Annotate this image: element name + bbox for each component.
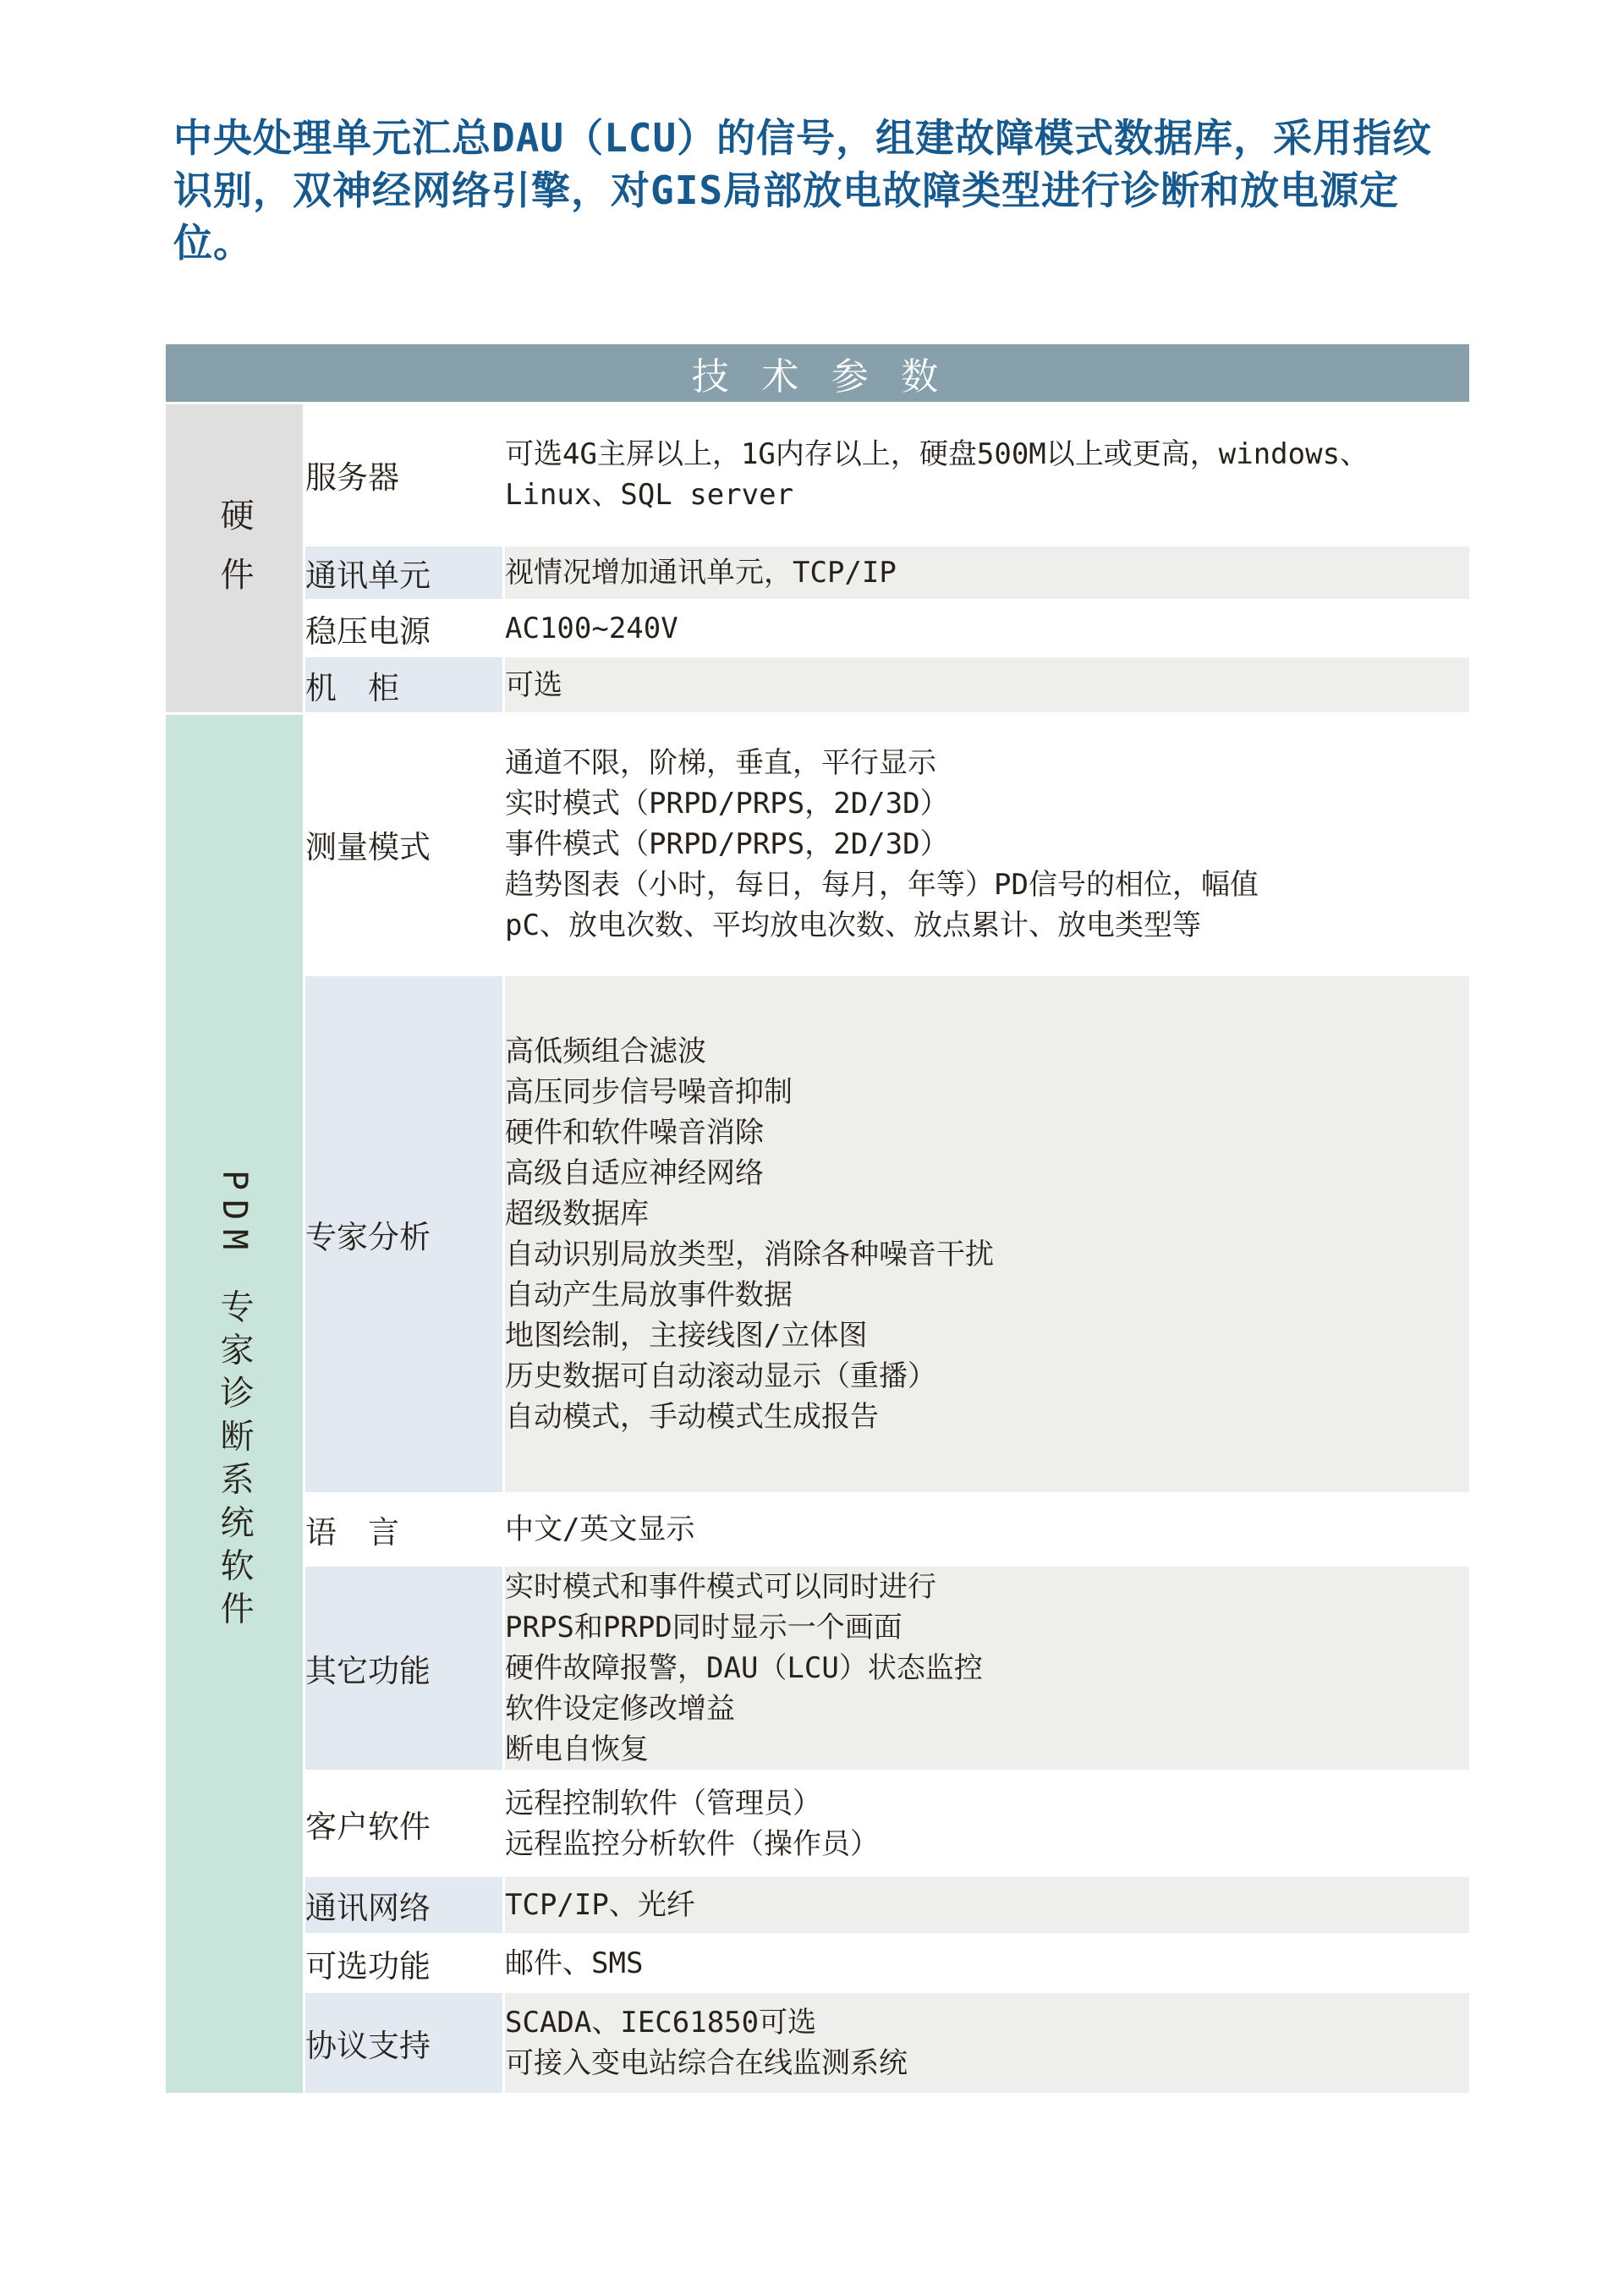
row-label-comm-network: 通讯网络: [305, 1877, 502, 1933]
row-label-server: 服务器: [305, 404, 502, 544]
row-label-language: 语 言: [305, 1495, 502, 1564]
row-value-measure-mode: 通道不限，阶梯，垂直，平行显示 实时模式（PRPD/PRPS，2D/3D） 事件…: [505, 715, 1469, 974]
table-header-row: 技 术 参 数: [166, 344, 1469, 402]
row-value-power: AC100~240V: [505, 601, 1469, 655]
row-value-expert-analysis: 高低频组合滤波 高压同步信号噪音抑制 硬件和软件噪音消除 高级自适应神经网络 超…: [505, 976, 1469, 1492]
section-label-software: PDM 专家诊断系统软件: [217, 1170, 251, 1633]
page: 中央处理单元汇总DAU（LCU）的信号，组建故障模式数据库，采用指纹识别，双神经…: [0, 0, 1624, 2284]
row-value-other-functions: 实时模式和事件模式可以同时进行 PRPS和PRPD同时显示一个画面 硬件故障报警…: [505, 1567, 1469, 1770]
table-row: 通讯单元 视情况增加通讯单元，TCP/IP: [166, 546, 1469, 599]
row-label-other-functions: 其它功能: [305, 1567, 502, 1770]
row-value-cabinet: 可选: [505, 657, 1469, 712]
table-row: 可选功能 邮件、SMS: [166, 1935, 1469, 1990]
row-label-power: 稳压电源: [305, 601, 502, 655]
table-row: 专家分析 高低频组合滤波 高压同步信号噪音抑制 硬件和软件噪音消除 高级自适应神…: [166, 976, 1469, 1492]
section-cell-software: PDM 专家诊断系统软件: [166, 715, 303, 2093]
row-value-comm-network: TCP/IP、光纤: [505, 1877, 1469, 1933]
row-label-comm-unit: 通讯单元: [305, 546, 502, 599]
row-value-server: 可选4G主屏以上，1G内存以上，硬盘500M以上或更高，windows、Linu…: [505, 404, 1469, 544]
table-row: 通讯网络 TCP/IP、光纤: [166, 1877, 1469, 1933]
row-value-optional-functions: 邮件、SMS: [505, 1935, 1469, 1990]
row-value-protocol-support: SCADA、IEC61850可选 可接入变电站综合在线监测系统: [505, 1993, 1469, 2093]
row-value-client-software: 远程控制软件（管理员） 远程监控分析软件（操作员）: [505, 1772, 1469, 1875]
table-row: 语 言 中文/英文显示: [166, 1495, 1469, 1564]
table-row: 机 柜 可选: [166, 657, 1469, 712]
row-value-comm-unit: 视情况增加通讯单元，TCP/IP: [505, 546, 1469, 599]
row-value-language: 中文/英文显示: [505, 1495, 1469, 1564]
table-title: 技 术 参 数: [166, 344, 1469, 402]
table-row: 协议支持 SCADA、IEC61850可选 可接入变电站综合在线监测系统: [166, 1993, 1469, 2093]
row-label-optional-functions: 可选功能: [305, 1935, 502, 1990]
row-label-protocol-support: 协议支持: [305, 1993, 502, 2093]
table-row: 其它功能 实时模式和事件模式可以同时进行 PRPS和PRPD同时显示一个画面 硬…: [166, 1567, 1469, 1770]
section-cell-hardware: 硬件: [166, 404, 303, 712]
row-label-expert-analysis: 专家分析: [305, 976, 502, 1492]
row-label-measure-mode: 测量模式: [305, 715, 502, 974]
table-row: PDM 专家诊断系统软件 测量模式 通道不限，阶梯，垂直，平行显示 实时模式（P…: [166, 715, 1469, 974]
table-row: 稳压电源 AC100~240V: [166, 601, 1469, 655]
row-label-cabinet: 机 柜: [305, 657, 502, 712]
spec-table: 技 术 参 数 硬件 服务器 可选4G主屏以上，1G内存以上，硬盘500M以上或…: [163, 342, 1472, 2095]
table-row: 客户软件 远程控制软件（管理员） 远程监控分析软件（操作员）: [166, 1772, 1469, 1875]
section-label-hardware: 硬件: [217, 497, 251, 616]
table-row: 硬件 服务器 可选4G主屏以上，1G内存以上，硬盘500M以上或更高，windo…: [166, 404, 1469, 544]
intro-paragraph: 中央处理单元汇总DAU（LCU）的信号，组建故障模式数据库，采用指纹识别，双神经…: [173, 112, 1451, 269]
row-label-client-software: 客户软件: [305, 1772, 502, 1875]
